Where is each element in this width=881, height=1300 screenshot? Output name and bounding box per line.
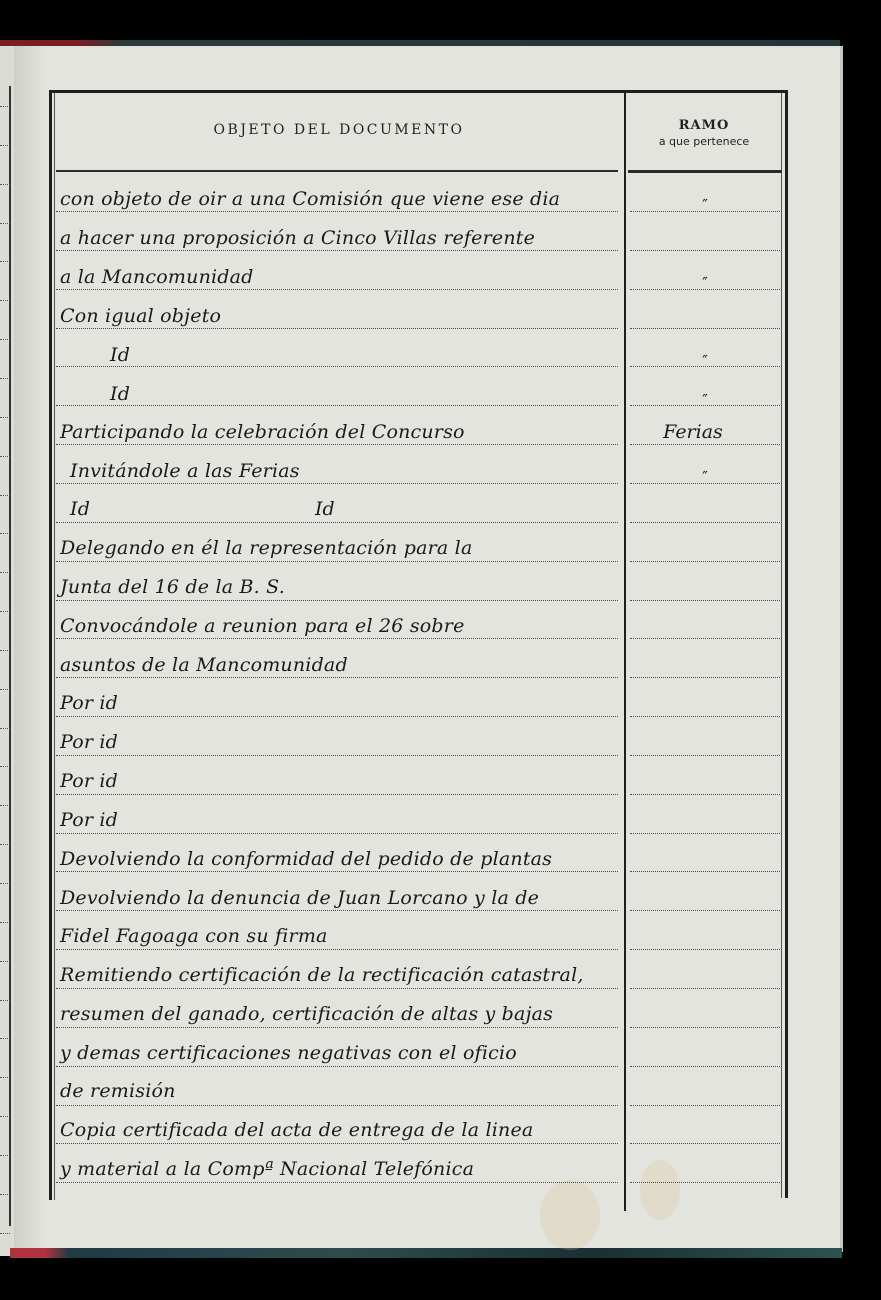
left-page-rule: [9, 86, 11, 1226]
ruled-line: [56, 871, 618, 872]
left-page-ruled-line: [0, 689, 10, 690]
entry-row-9: Id: [70, 498, 630, 520]
entry-row-24: de remisión: [60, 1080, 620, 1102]
ruled-line: [56, 1027, 618, 1028]
left-page-ruled-line: [0, 922, 10, 923]
left-page-ruled-line: [0, 961, 10, 962]
ruled-line: [56, 716, 618, 717]
entry-row-18: Devolviendo la conformidad del pedido de…: [60, 848, 620, 870]
ruled-line: [56, 1066, 618, 1067]
header-bottom-rule-right: [628, 170, 782, 173]
ramo-row-8-ditto-mark: ″: [632, 468, 778, 486]
ruled-line: [56, 949, 618, 950]
ruled-line: [56, 250, 618, 251]
left-page-ruled-line: [0, 300, 10, 301]
ruled-line: [630, 716, 780, 717]
ramo-row-5-ditto-mark: ″: [632, 352, 778, 370]
paper-stain: [540, 1180, 600, 1250]
entry-row-21: Remitiendo certificación de la rectifica…: [60, 964, 620, 986]
left-page-ruled-line: [0, 805, 10, 806]
left-page-ruled-line: [0, 1194, 10, 1195]
left-page-ruled-line: [0, 145, 10, 146]
ruled-line: [56, 794, 618, 795]
left-page-ruled-line: [0, 1077, 10, 1078]
ruled-line: [56, 600, 618, 601]
ruled-line: [630, 1066, 780, 1067]
table-top-rule: [49, 90, 788, 93]
ruled-line: [630, 328, 780, 329]
ruled-line: [630, 755, 780, 756]
left-page-ruled-line: [0, 1038, 10, 1039]
ruled-line: [630, 1182, 780, 1183]
left-page-ruled-line: [0, 378, 10, 379]
left-page-ruled-line: [0, 1233, 10, 1234]
ruled-line: [56, 638, 618, 639]
left-page-ruled-line: [0, 261, 10, 262]
ruled-line: [56, 328, 618, 329]
entry-row-5: Id: [110, 344, 670, 366]
ramo-row-3-ditto-mark: ″: [632, 274, 778, 292]
entry-row-17: Por id: [60, 809, 620, 831]
entry-row-16: Por id: [60, 770, 620, 792]
entry-row-11: Junta del 16 de la B. S.: [60, 576, 620, 598]
ruled-line: [56, 677, 618, 678]
ruled-line: [630, 638, 780, 639]
ruled-line: [630, 522, 780, 523]
ramo-row-6-ditto-mark: ″: [632, 391, 778, 409]
entry-row-14: Por id: [60, 692, 620, 714]
left-page-ruled-line: [0, 456, 10, 457]
ruled-line: [56, 833, 618, 834]
ruled-line: [630, 1027, 780, 1028]
paper-stain: [640, 1160, 680, 1220]
table-right-rule: [785, 90, 788, 1198]
entry-row-10: Delegando en él la representación para l…: [60, 537, 620, 559]
ruled-line: [56, 1105, 618, 1106]
entry-row-6: Id: [110, 383, 670, 405]
ruled-line: [56, 561, 618, 562]
column-header-ramo: RAMO a que pertenece: [628, 118, 780, 148]
column-header-objeto: OBJETO DEL DOCUMENTO: [56, 122, 622, 138]
ruled-line: [630, 561, 780, 562]
page-gutter-shadow: [14, 46, 44, 1252]
entry-row-20: Fidel Fagoaga con su firma: [60, 925, 620, 947]
left-page-ruled-line: [0, 533, 10, 534]
entry-row-4: Con igual objeto: [60, 305, 620, 327]
ruled-line: [630, 1105, 780, 1106]
ruled-line: [56, 522, 618, 523]
ramo-row-7: Ferias: [620, 421, 766, 443]
ruled-line: [56, 366, 618, 367]
ruled-line: [630, 949, 780, 950]
left-page-ruled-line: [0, 844, 10, 845]
ruled-line: [56, 405, 618, 406]
ruled-line: [630, 1143, 780, 1144]
ruled-line: [630, 677, 780, 678]
ruled-line: [630, 250, 780, 251]
ruled-line: [630, 910, 780, 911]
entry-row-2: a hacer una proposición a Cinco Villas r…: [60, 227, 620, 249]
left-page-ruled-line: [0, 728, 10, 729]
ruled-line: [630, 988, 780, 989]
ruled-line: [630, 871, 780, 872]
entry-row-3: a la Mancomunidad: [60, 266, 620, 288]
ruled-line: [56, 1182, 618, 1183]
ruled-line: [56, 755, 618, 756]
ruled-line: [56, 483, 618, 484]
ruled-line: [56, 444, 618, 445]
ramo-title: RAMO: [628, 118, 780, 133]
ruled-line: [56, 988, 618, 989]
left-page-edge: [0, 46, 15, 1256]
entry-row-25: Copia certificada del acta de entrega de…: [60, 1119, 620, 1141]
left-page-ruled-line: [0, 339, 10, 340]
ruled-line: [56, 289, 618, 290]
entry-row-15: Por id: [60, 731, 620, 753]
entry-row-22: resumen del ganado, certificación de alt…: [60, 1003, 620, 1025]
left-page-ruled-line: [0, 106, 10, 107]
entry-row-1: con objeto de oir a una Comisión que vie…: [60, 188, 620, 210]
header-bottom-rule-left: [56, 170, 618, 172]
left-page-ruled-line: [0, 184, 10, 185]
left-page-ruled-line: [0, 883, 10, 884]
ruled-line: [630, 600, 780, 601]
table-left-inner-rule: [54, 93, 55, 1200]
entry-row-13: asuntos de la Mancomunidad: [60, 654, 620, 676]
left-page-ruled-line: [0, 417, 10, 418]
left-page-ruled-line: [0, 1155, 10, 1156]
column-divider: [624, 93, 626, 1211]
entry-row-9-second-id: Id: [315, 498, 335, 520]
entry-row-23: y demas certificaciones negativas con el…: [60, 1042, 620, 1064]
ruled-line: [56, 1143, 618, 1144]
entry-row-8: Invitándole a las Ferias: [70, 460, 630, 482]
left-page-ruled-line: [0, 1116, 10, 1117]
ruled-line: [630, 444, 780, 445]
ruled-line: [56, 211, 618, 212]
left-page-ruled-line: [0, 223, 10, 224]
entry-row-12: Convocándole a reunion para el 26 sobre: [60, 615, 620, 637]
left-page-ruled-line: [0, 495, 10, 496]
ramo-subtitle: a que pertenece: [628, 135, 780, 148]
left-page-ruled-line: [0, 766, 10, 767]
table-left-rule: [49, 90, 52, 1200]
ruled-line: [630, 833, 780, 834]
left-page-ruled-line: [0, 650, 10, 651]
book-cover-bottom-edge: [10, 1248, 842, 1258]
ruled-line: [56, 910, 618, 911]
left-page-ruled-line: [0, 611, 10, 612]
entry-row-19: Devolviendo la denuncia de Juan Lorcano …: [60, 887, 620, 909]
entry-row-7: Participando la celebración del Concurso: [60, 421, 620, 443]
ruled-line: [630, 794, 780, 795]
ramo-row-1-ditto-mark: ″: [632, 196, 778, 214]
left-page-ruled-line: [0, 1000, 10, 1001]
table-right-inner-rule: [781, 93, 782, 1198]
entry-row-26: y material a la Compª Nacional Telefónic…: [60, 1158, 620, 1180]
left-page-ruled-line: [0, 572, 10, 573]
